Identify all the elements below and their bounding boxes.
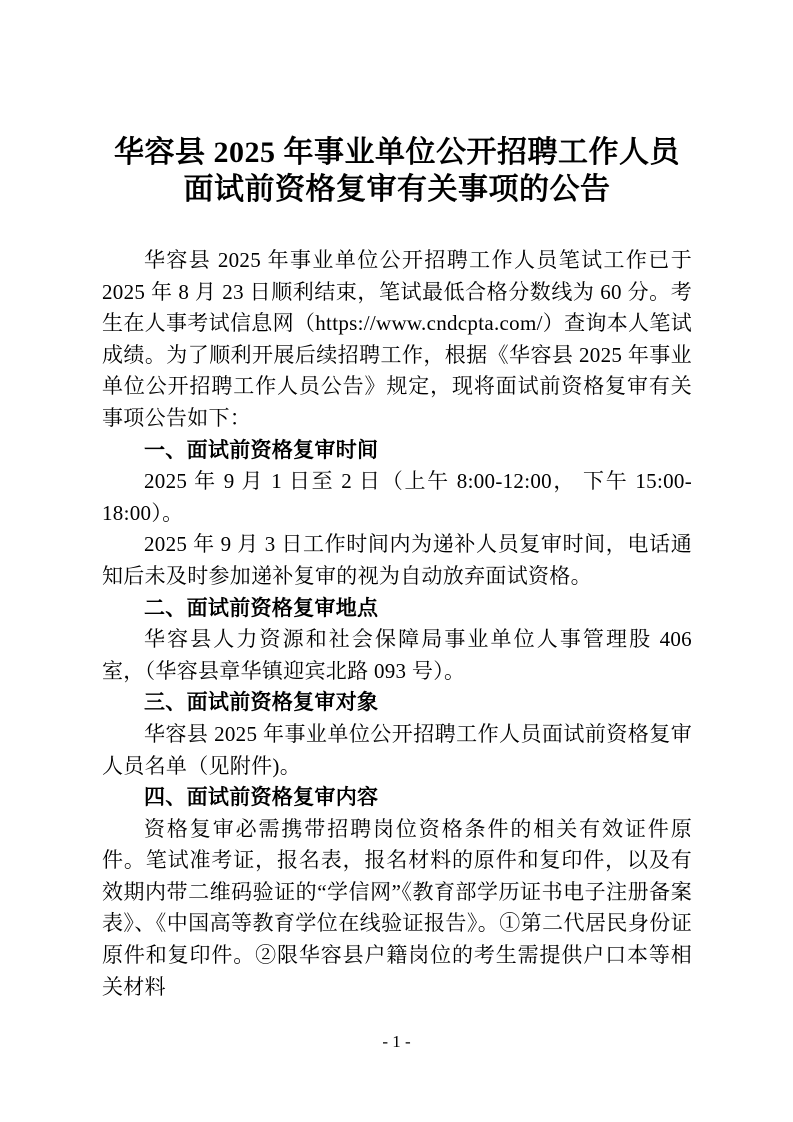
title-line-1: 华容县 2025 年事业单位公开招聘工作人员 xyxy=(102,134,692,171)
document-page: 华容县 2025 年事业单位公开招聘工作人员 面试前资格复审有关事项的公告 华容… xyxy=(0,0,793,1122)
page-number: - 1 - xyxy=(0,1033,793,1050)
section-2-heading: 二、面试前资格复审地点 xyxy=(102,593,692,625)
title-line-2: 面试前资格复审有关事项的公告 xyxy=(102,171,692,208)
section-2-paragraph-1: 华容县人力资源和社会保障局事业单位人事管理股 406 室，（华容县章华镇迎宾北路… xyxy=(102,624,692,687)
section-1-paragraph-1: 2025 年 9 月 1 日至 2 日（上午 8:00-12:00， 下午 15… xyxy=(102,466,692,529)
section-3-paragraph-1: 华容县 2025 年事业单位公开招聘工作人员面试前资格复审人员名单（见附件)。 xyxy=(102,719,692,782)
section-4-heading: 四、面试前资格复审内容 xyxy=(102,782,692,814)
section-1-paragraph-2: 2025 年 9 月 3 日工作时间内为递补人员复审时间，电话通知后未及时参加递… xyxy=(102,529,692,592)
document-body: 华容县 2025 年事业单位公开招聘工作人员 面试前资格复审有关事项的公告 华容… xyxy=(102,134,692,1003)
section-3-heading: 三、面试前资格复审对象 xyxy=(102,687,692,719)
document-title: 华容县 2025 年事业单位公开招聘工作人员 面试前资格复审有关事项的公告 xyxy=(102,134,692,208)
section-4-paragraph-1: 资格复审必需携带招聘岗位资格条件的相关有效证件原件。笔试准考证，报名表，报名材料… xyxy=(102,814,692,1004)
intro-paragraph: 华容县 2025 年事业单位公开招聘工作人员笔试工作已于 2025 年 8 月 … xyxy=(102,245,692,435)
section-1-heading: 一、面试前资格复审时间 xyxy=(102,435,692,467)
